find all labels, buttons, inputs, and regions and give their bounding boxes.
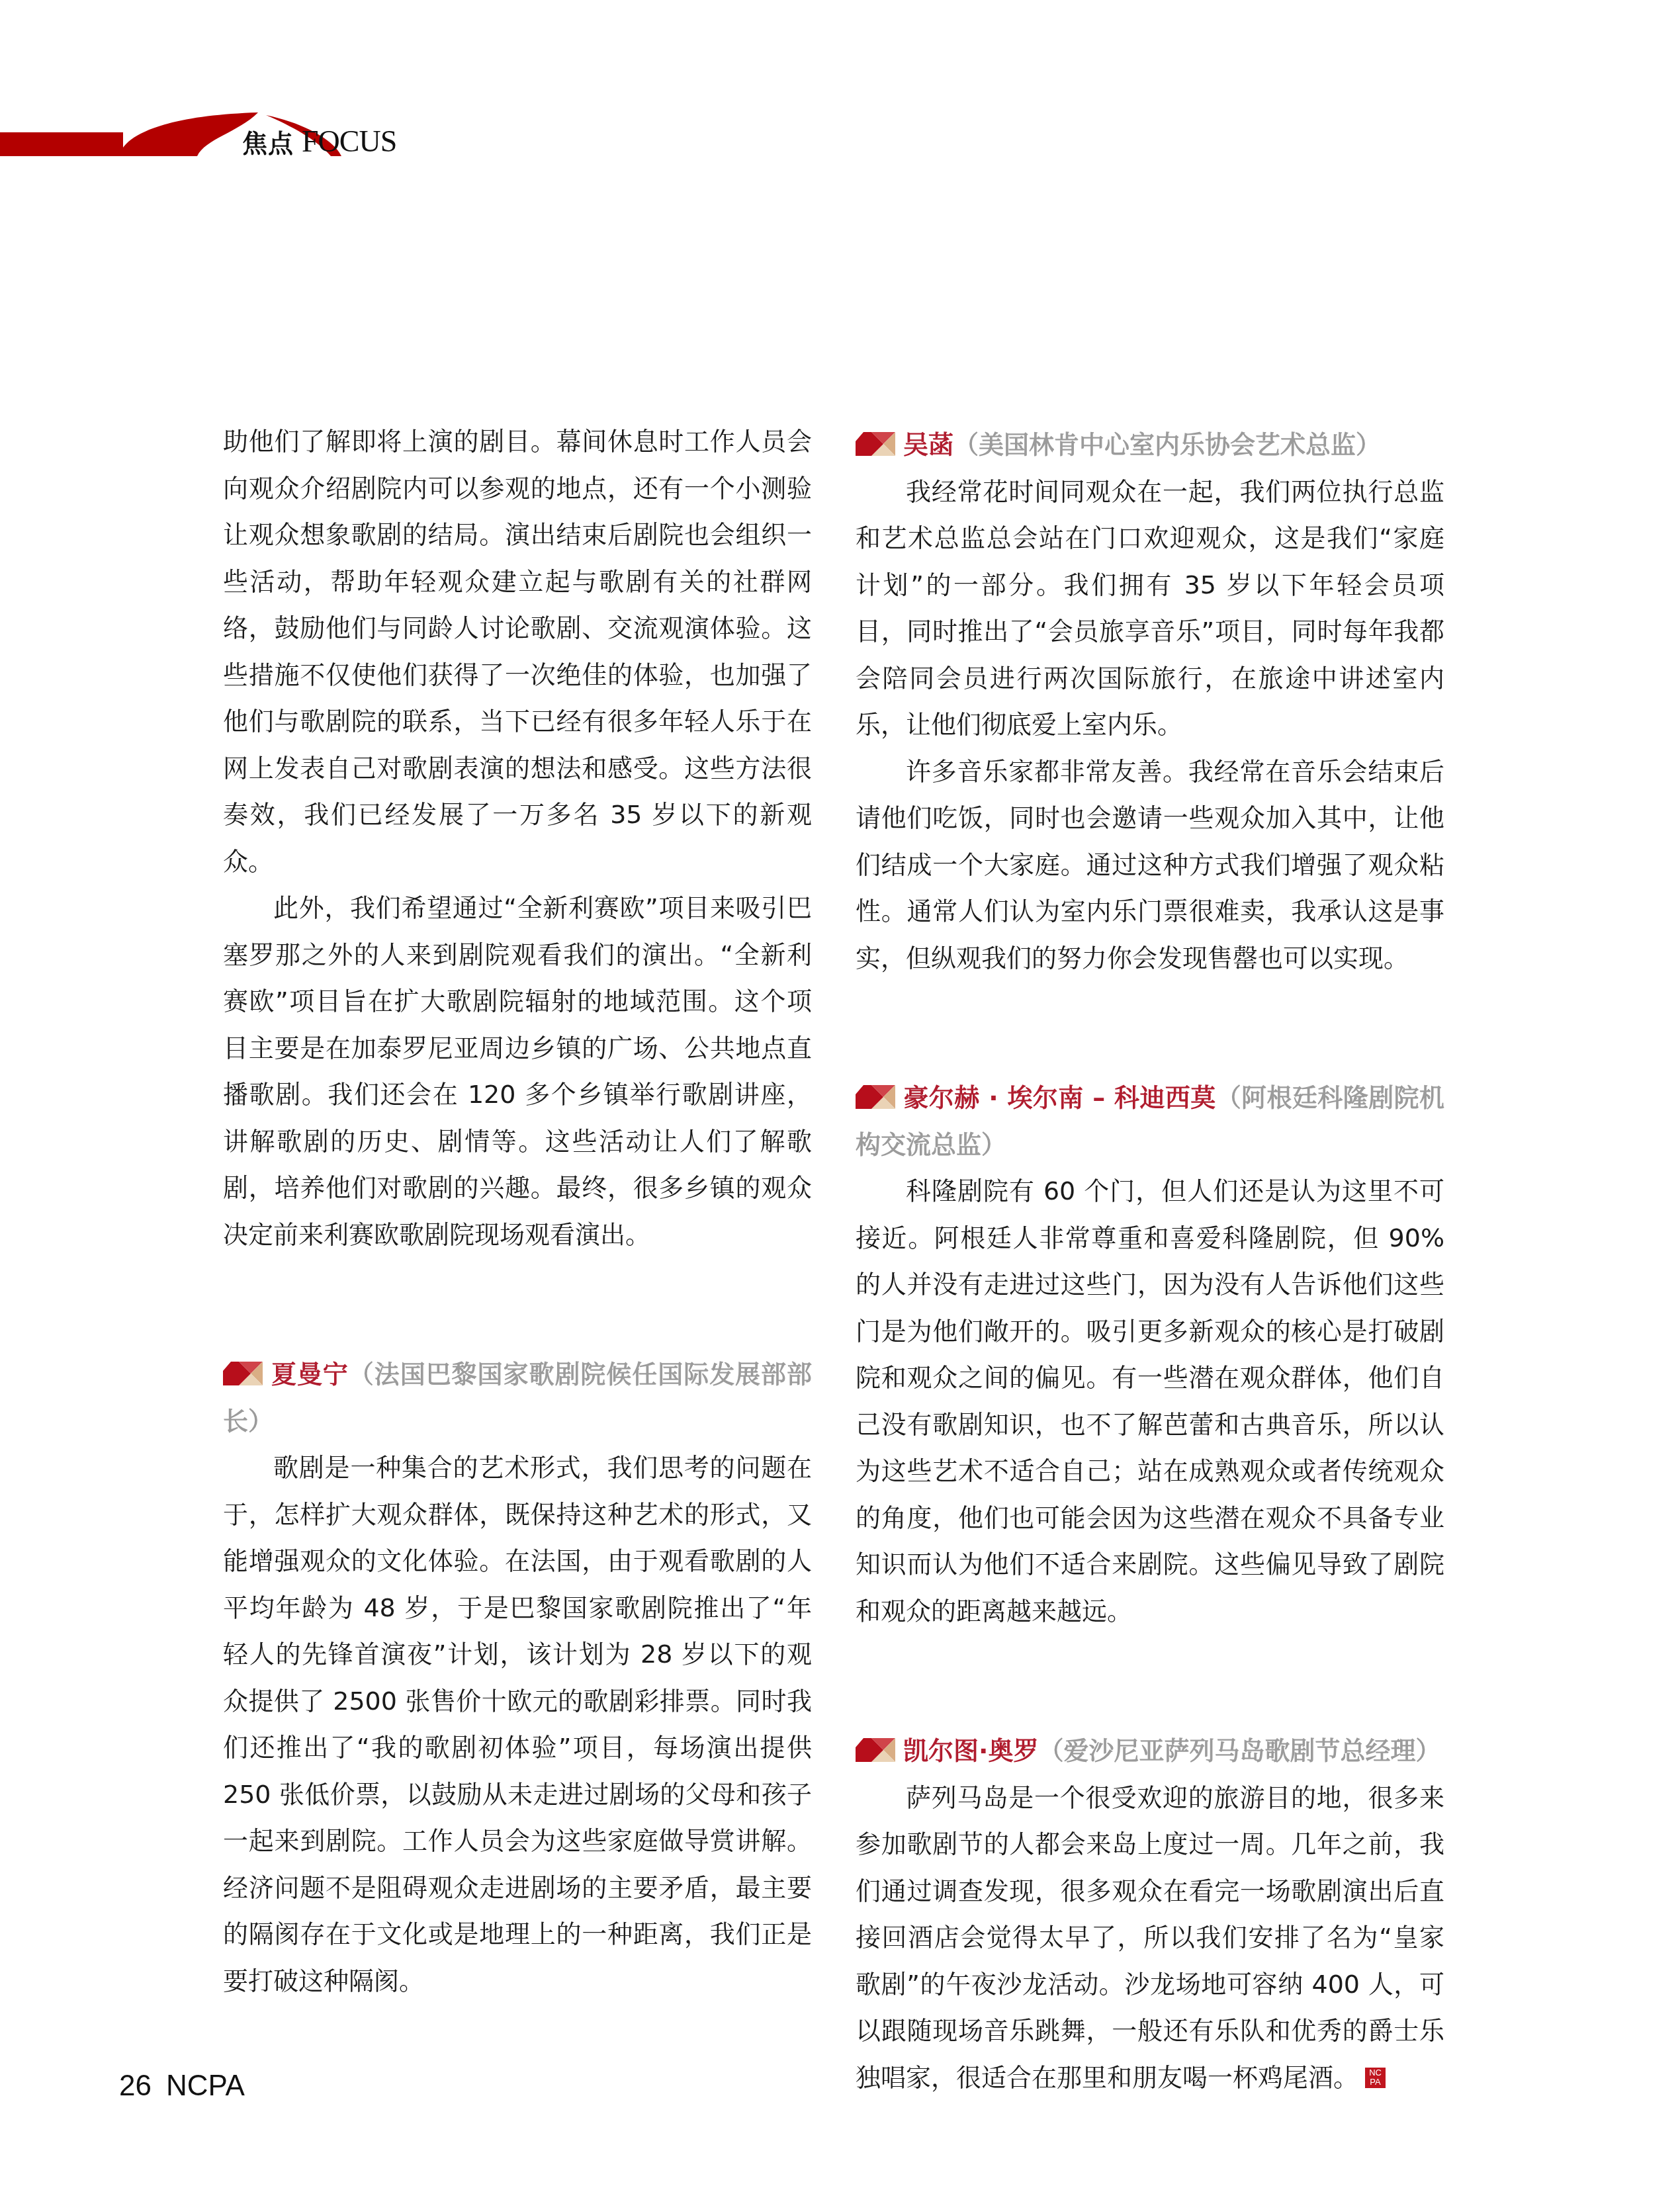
right-column: 吴菡（美国林肯中心室内乐协会艺术总监） 我经常花时间同观众在一起，我们两位执行总…: [856, 421, 1444, 2101]
body-paragraph: 我经常花时间同观众在一起，我们两位执行总监和艺术总监总会站在门口欢迎观众，这是我…: [856, 468, 1444, 748]
speaker-name: 豪尔赫 · 埃尔南 – 科迪西莫: [903, 1083, 1216, 1112]
publication-name: NCPA: [166, 2070, 245, 2102]
body-paragraph: 科隆剧院有 60 个门，但人们还是认为这里不可接近。阿根廷人非常尊重和喜爱科隆剧…: [856, 1168, 1444, 1634]
body-text: 萨列马岛是一个很受欢迎的旅游目的地，很多来参加歌剧节的人都会来岛上度过一周。几年…: [856, 1783, 1444, 2092]
speaker-name: 凯尔图·奥罗: [903, 1736, 1038, 1765]
speaker-bullet-icon: [856, 432, 895, 456]
speaker-heading: 夏曼宁（法国巴黎国家歌剧院候任国际发展部部长）: [223, 1351, 812, 1444]
speaker-bullet-icon: [223, 1362, 263, 1385]
end-mark-line1: NC: [1365, 2068, 1386, 2078]
speaker-role: （美国林肯中心室内乐协会艺术总监）: [953, 430, 1381, 459]
section-title-chinese: 焦点: [242, 130, 294, 157]
body-paragraph: 歌剧是一种集合的艺术形式，我们思考的问题在于，怎样扩大观众群体，既保持这种艺术的…: [223, 1444, 812, 2004]
page-number: 26: [119, 2070, 152, 2102]
page-footer: 26NCPA: [119, 2070, 245, 2103]
body-paragraph: 许多音乐家都非常友善。我经常在音乐会结束后请他们吃饭，同时也会邀请一些观众加入其…: [856, 748, 1444, 982]
speaker-heading: 豪尔赫 · 埃尔南 – 科迪西莫（阿根廷科隆剧院机构交流总监）: [856, 1074, 1444, 1168]
section-title-english: FOCUS: [302, 126, 396, 157]
header-arch-graphic: [0, 106, 476, 165]
speaker-bullet-icon: [856, 1738, 895, 1762]
speaker-heading: 凯尔图·奥罗（爱沙尼亚萨列马岛歌剧节总经理）: [856, 1728, 1444, 1774]
body-paragraph: 助他们了解即将上演的剧目。幕间休息时工作人员会向观众介绍剧院内可以参观的地点，还…: [223, 418, 812, 885]
speaker-name: 夏曼宁: [271, 1360, 349, 1389]
body-paragraph: 萨列马岛是一个很受欢迎的旅游目的地，很多来参加歌剧节的人都会来岛上度过一周。几年…: [856, 1774, 1444, 2101]
body-paragraph: 此外，我们希望通过“全新利赛欧”项目来吸引巴塞罗那之外的人来到剧院观看我们的演出…: [223, 885, 812, 1258]
left-column: 助他们了解即将上演的剧目。幕间休息时工作人员会向观众介绍剧院内可以参观的地点，还…: [223, 418, 812, 2004]
ncpa-end-mark-icon: NCPA: [1365, 2068, 1386, 2088]
section-header: 焦点 FOCUS: [0, 106, 476, 165]
speaker-name: 吴菡: [903, 430, 953, 459]
section-gap: [856, 981, 1444, 1074]
speaker-bullet-icon: [856, 1085, 895, 1109]
section-gap: [856, 1634, 1444, 1728]
speaker-role: （爱沙尼亚萨列马岛歌剧节总经理）: [1038, 1736, 1440, 1765]
section-gap: [223, 1258, 812, 1351]
speaker-heading: 吴菡（美国林肯中心室内乐协会艺术总监）: [856, 421, 1444, 468]
end-mark-line2: PA: [1365, 2078, 1386, 2087]
